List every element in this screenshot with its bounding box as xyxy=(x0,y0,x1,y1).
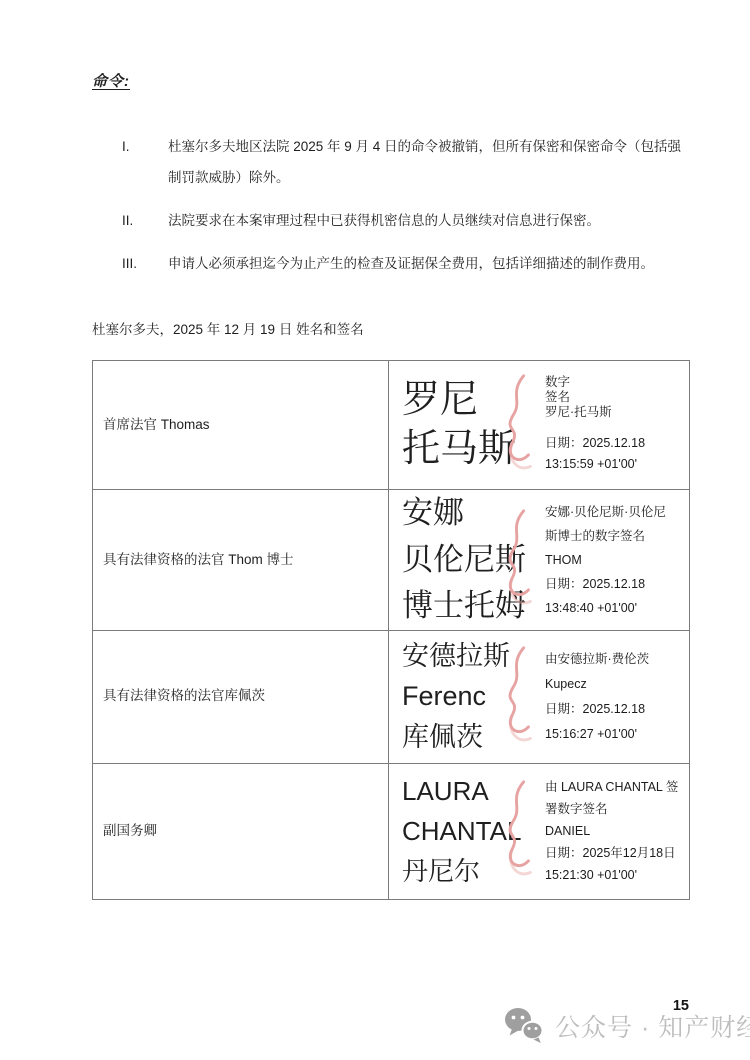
signature-cell: 安娜贝伦尼斯博士托姆安娜·贝伦尼斯·贝伦尼斯博士的数字签名THOM日期：2025… xyxy=(389,490,701,630)
signer-title-cell: 副国务卿 xyxy=(93,764,389,899)
watermark-text: 公众号 · 知产财经观 xyxy=(555,1008,750,1044)
signature-cell: 罗尼托马斯数字签名罗尼·托马斯日期：2025.12.1813:15:59 +01… xyxy=(389,361,701,489)
signature-detail-line: 安娜·贝伦尼斯·贝伦尼 xyxy=(545,500,701,524)
signature-detail-line: 15:21:30 +01'00' xyxy=(545,864,701,886)
signer-title-cell: 具有法律资格的法官库佩茨 xyxy=(93,631,389,763)
order-heading: 命令: xyxy=(92,70,691,91)
signature-table: 首席法官 Thomas罗尼托马斯数字签名罗尼·托马斯日期：2025.12.181… xyxy=(92,360,690,900)
signature-table-row: 具有法律资格的法官 Thom 博士安娜贝伦尼斯博士托姆安娜·贝伦尼斯·贝伦尼斯博… xyxy=(93,489,689,630)
watermark: 公众号 · 知产财经观 xyxy=(503,1006,750,1046)
signature-flourish-icon xyxy=(491,372,537,478)
signature-detail-line: 罗尼·托马斯 xyxy=(545,405,701,420)
signer-title: 具有法律资格的法官 Thom 博士 xyxy=(103,550,294,570)
signature-detail-line: 日期：2025.12.18 xyxy=(545,572,701,596)
signature-details: 数字签名罗尼·托马斯日期：2025.12.1813:15:59 +01'00' xyxy=(545,375,701,475)
signature-details: 由 LAURA CHANTAL 签署数字签名DANIEL日期：2025年12月1… xyxy=(545,776,701,886)
signature-detail-line: Kupecz xyxy=(545,672,701,697)
signer-title: 具有法律资格的法官库佩茨 xyxy=(103,686,265,706)
signature-detail-line: 日期：2025年12月18日 xyxy=(545,842,701,864)
signature-details: 由安德拉斯·费伦茨Kupecz日期：2025.12.1815:16:27 +01… xyxy=(545,647,701,747)
signer-title: 副国务卿 xyxy=(103,821,157,841)
order-list: I. 杜塞尔多夫地区法院 2025 年 9 月 4 日的命令被撤销，但所有保密和… xyxy=(92,131,691,279)
signature-detail-line: 署数字签名 xyxy=(545,798,701,820)
signature-cell: 安德拉斯Ferenc库佩茨由安德拉斯·费伦茨Kupecz日期：2025.12.1… xyxy=(389,631,701,763)
dateline: 杜塞尔多夫，2025 年 12 月 19 日 姓名和签名 xyxy=(92,315,384,345)
signature-detail-line: 13:15:59 +01'00' xyxy=(545,454,701,475)
signature-table-row: 具有法律资格的法官库佩茨安德拉斯Ferenc库佩茨由安德拉斯·费伦茨Kupecz… xyxy=(93,630,689,763)
signer-title-cell: 具有法律资格的法官 Thom 博士 xyxy=(93,490,389,630)
signature-detail-line: 签名 xyxy=(545,390,701,405)
signature-table-row: 首席法官 Thomas罗尼托马斯数字签名罗尼·托马斯日期：2025.12.181… xyxy=(93,361,689,489)
signature-detail-line: DANIEL xyxy=(545,820,701,842)
order-item: I. 杜塞尔多夫地区法院 2025 年 9 月 4 日的命令被撤销，但所有保密和… xyxy=(92,131,691,193)
signature-detail-line: 由 LAURA CHANTAL 签 xyxy=(545,776,701,798)
signature-detail-line xyxy=(545,420,701,433)
signature-flourish-icon xyxy=(491,507,537,613)
order-item: II. 法院要求在本案审理过程中已获得机密信息的人员继续对信息进行保密。 xyxy=(92,205,691,236)
page-number: 15 xyxy=(673,998,689,1014)
signature-detail-line: 15:16:27 +01'00' xyxy=(545,722,701,747)
page-content: 命令: I. 杜塞尔多夫地区法院 2025 年 9 月 4 日的命令被撤销，但所… xyxy=(92,70,691,900)
signature-detail-line: 斯博士的数字签名 xyxy=(545,524,701,548)
order-item-text: 法院要求在本案审理过程中已获得机密信息的人员继续对信息进行保密。 xyxy=(168,205,691,236)
signature-detail-line: THOM xyxy=(545,548,701,572)
signature-detail-line: 日期：2025.12.18 xyxy=(545,433,701,454)
signer-title-cell: 首席法官 Thomas xyxy=(93,361,389,489)
signature-detail-line: 由安德拉斯·费伦茨 xyxy=(545,647,701,672)
signature-detail-line: 数字 xyxy=(545,375,701,390)
order-item: III. 申请人必须承担迄今为止产生的检查及证据保全费用，包括详细描述的制作费用… xyxy=(92,248,691,279)
order-item-numeral: III. xyxy=(122,248,168,279)
signature-detail-line: 13:48:40 +01'00' xyxy=(545,596,701,620)
signature-flourish-icon xyxy=(491,644,537,750)
signature-detail-line: 日期：2025.12.18 xyxy=(545,697,701,722)
signature-cell: LAURACHANTAL丹尼尔由 LAURA CHANTAL 签署数字签名DAN… xyxy=(389,764,701,899)
order-item-text: 申请人必须承担迄今为止产生的检查及证据保全费用，包括详细描述的制作费用。 xyxy=(168,248,691,279)
signature-details: 安娜·贝伦尼斯·贝伦尼斯博士的数字签名THOM日期：2025.12.1813:4… xyxy=(545,500,701,620)
signer-title: 首席法官 Thomas xyxy=(103,415,210,435)
order-item-numeral: II. xyxy=(122,205,168,236)
signature-table-row: 副国务卿LAURACHANTAL丹尼尔由 LAURA CHANTAL 签署数字签… xyxy=(93,763,689,899)
document-page: 命令: I. 杜塞尔多夫地区法院 2025 年 9 月 4 日的命令被撤销，但所… xyxy=(0,0,750,1060)
wechat-icon xyxy=(503,1006,545,1046)
order-item-numeral: I. xyxy=(122,131,168,193)
order-item-text: 杜塞尔多夫地区法院 2025 年 9 月 4 日的命令被撤销，但所有保密和保密命… xyxy=(168,131,691,193)
signature-flourish-icon xyxy=(491,778,537,884)
